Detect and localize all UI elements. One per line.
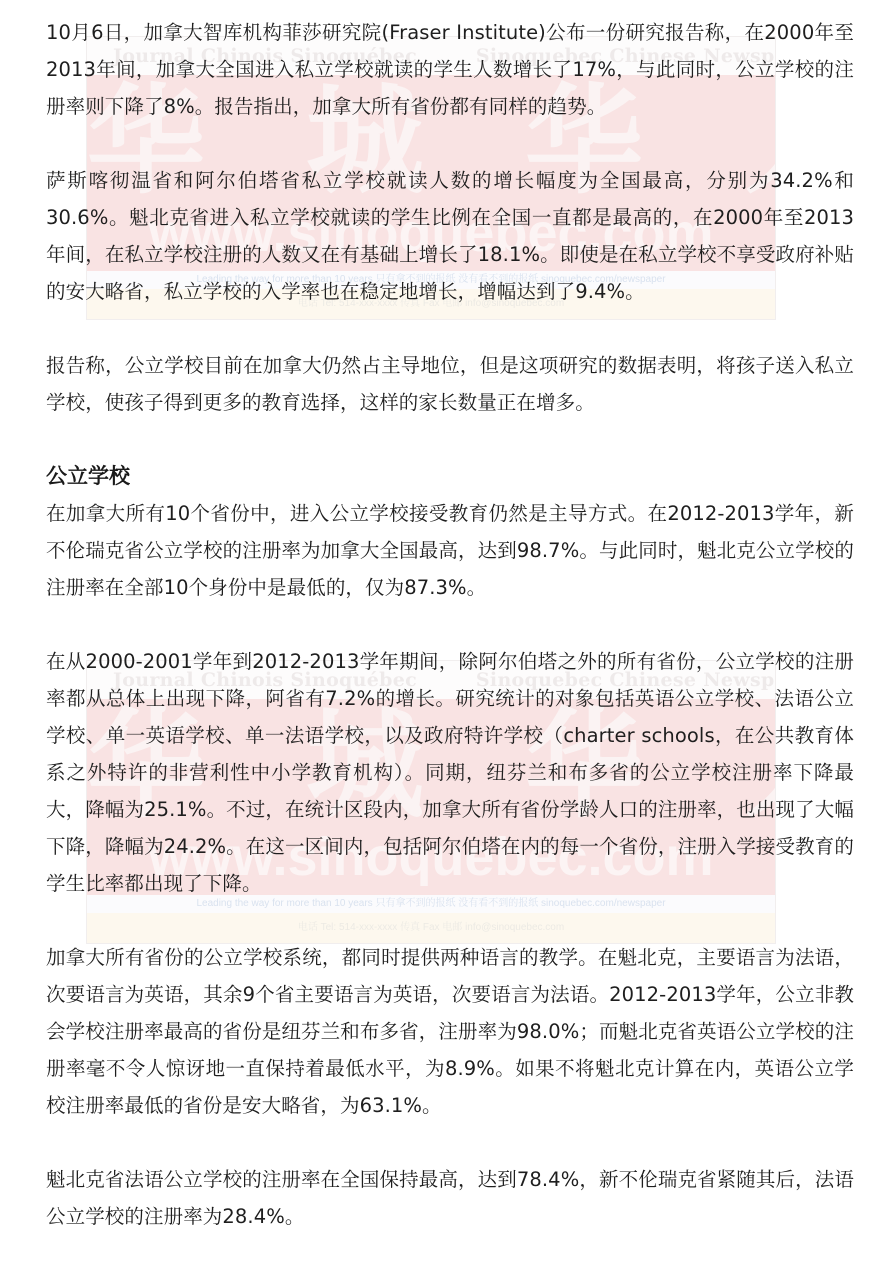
paragraph-spacer — [46, 421, 854, 458]
article-paragraph: 在从2000-2001学年到2012-2013学年期间，除阿尔伯塔之外的所有省份… — [46, 643, 854, 902]
section-heading: 公立学校 — [46, 458, 854, 495]
article-paragraph: 萨斯喀彻温省和阿尔伯塔省私立学校就读人数的增长幅度为全国最高，分别为34.2%和… — [46, 162, 854, 310]
article-paragraph: 报告称，公立学校目前在加拿大仍然占主导地位，但是这项研究的数据表明，将孩子送入私… — [46, 347, 854, 421]
paragraph-spacer — [46, 902, 854, 939]
article-body: 10月6日，加拿大智库机构菲莎研究院(Fraser Institute)公布一份… — [0, 0, 896, 1235]
article-paragraph: 魁北克省法语公立学校的注册率在全国保持最高，达到78.4%，新不伦瑞克省紧随其后… — [46, 1161, 854, 1235]
paragraph-spacer — [46, 1124, 854, 1161]
article-paragraph: 在加拿大所有10个省份中，进入公立学校接受教育仍然是主导方式。在2012-201… — [46, 495, 854, 606]
paragraph-spacer — [46, 125, 854, 162]
paragraph-spacer — [46, 310, 854, 347]
paragraph-spacer — [46, 606, 854, 643]
article-paragraph: 10月6日，加拿大智库机构菲莎研究院(Fraser Institute)公布一份… — [46, 14, 854, 125]
article-paragraph: 加拿大所有省份的公立学校系统，都同时提供两种语言的教学。在魁北克，主要语言为法语… — [46, 939, 854, 1124]
